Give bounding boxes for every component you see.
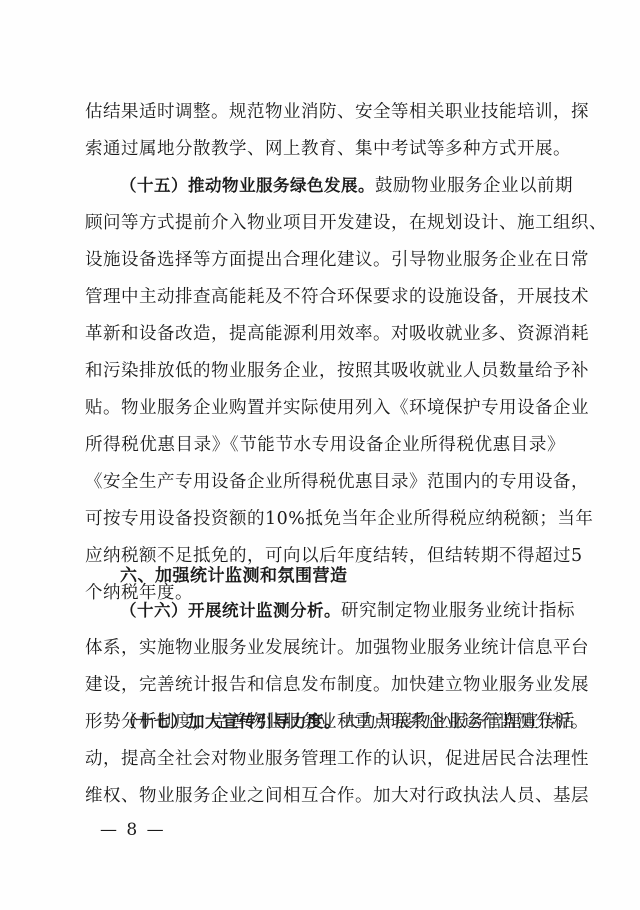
text-line: 《安全生产专用设备企业所得税优惠目录》范围内的专用设备， <box>85 466 565 498</box>
text-line: 革新和设备改造，提高能源利用效率。对吸收就业多、资源消耗 <box>85 318 565 350</box>
text-line: 估结果适时调整。规范物业消防、安全等相关职业技能培训，探 <box>85 96 565 128</box>
item-label: （十六）开展统计监测分析。 <box>120 601 341 620</box>
text-line: （十六）开展统计监测分析。研究制定物业服务业统计指标 <box>85 595 565 627</box>
text-line: 所得税优惠目录》《节能节水专用设备企业所得税优惠目录》 <box>85 429 565 461</box>
text-line: 和污染排放低的物业服务企业，按照其吸收就业人员数量给予补 <box>85 355 565 387</box>
item-label: （十五）推动物业服务绿色发展。 <box>120 176 375 195</box>
text-line: （十七）加大宣传引导力度。大力开展物业服务管理宣传活 <box>85 706 565 738</box>
text-line: 索通过属地分散教学、网上教育、集中考试等多种方式开展。 <box>85 133 565 165</box>
text-line: 建设，完善统计报告和信息发布制度。加快建立物业服务业发展 <box>85 669 565 701</box>
document-page: 估结果适时调整。规范物业消防、安全等相关职业技能培训，探 索通过属地分散教学、网… <box>0 0 640 910</box>
text-line: 维权、物业服务企业之间相互合作。加大对行政执法人员、基层 <box>85 780 565 812</box>
text-line: 顾问等方式提前介入物业项目开发建设，在规划设计、施工组织、 <box>85 207 565 239</box>
item-text: 研究制定物业服务业统计指标 <box>341 601 575 621</box>
item-text: 大力开展物业服务管理宣传活 <box>341 712 575 732</box>
text-line: 贴。物业服务企业购置并实际使用列入《环境保护专用设备企业 <box>85 392 565 424</box>
item-label: （十七）加大宣传引导力度。 <box>120 712 341 731</box>
text-line: 可按专用设备投资额的10%抵免当年企业所得税应纳税额；当年 <box>85 503 565 535</box>
item-text: 鼓励物业服务企业以前期 <box>375 176 573 196</box>
text-line: 管理中主动排查高能耗及不符合环保要求的设施设备，开展技术 <box>85 281 565 313</box>
section-heading: 六、加强统计监测和氛围营造 <box>120 560 348 592</box>
text-line: 体系，实施物业服务业发展统计。加强物业服务业统计信息平台 <box>85 632 565 664</box>
page-number: — 8 — <box>100 816 166 844</box>
text-line: （十五）推动物业服务绿色发展。鼓励物业服务企业以前期 <box>85 170 565 202</box>
text-line: 设施设备选择等方面提出合理化建议。引导物业服务企业在日常 <box>85 244 565 276</box>
text-line: 动，提高全社会对物业服务管理工作的认识，促进居民合法理性 <box>85 743 565 775</box>
